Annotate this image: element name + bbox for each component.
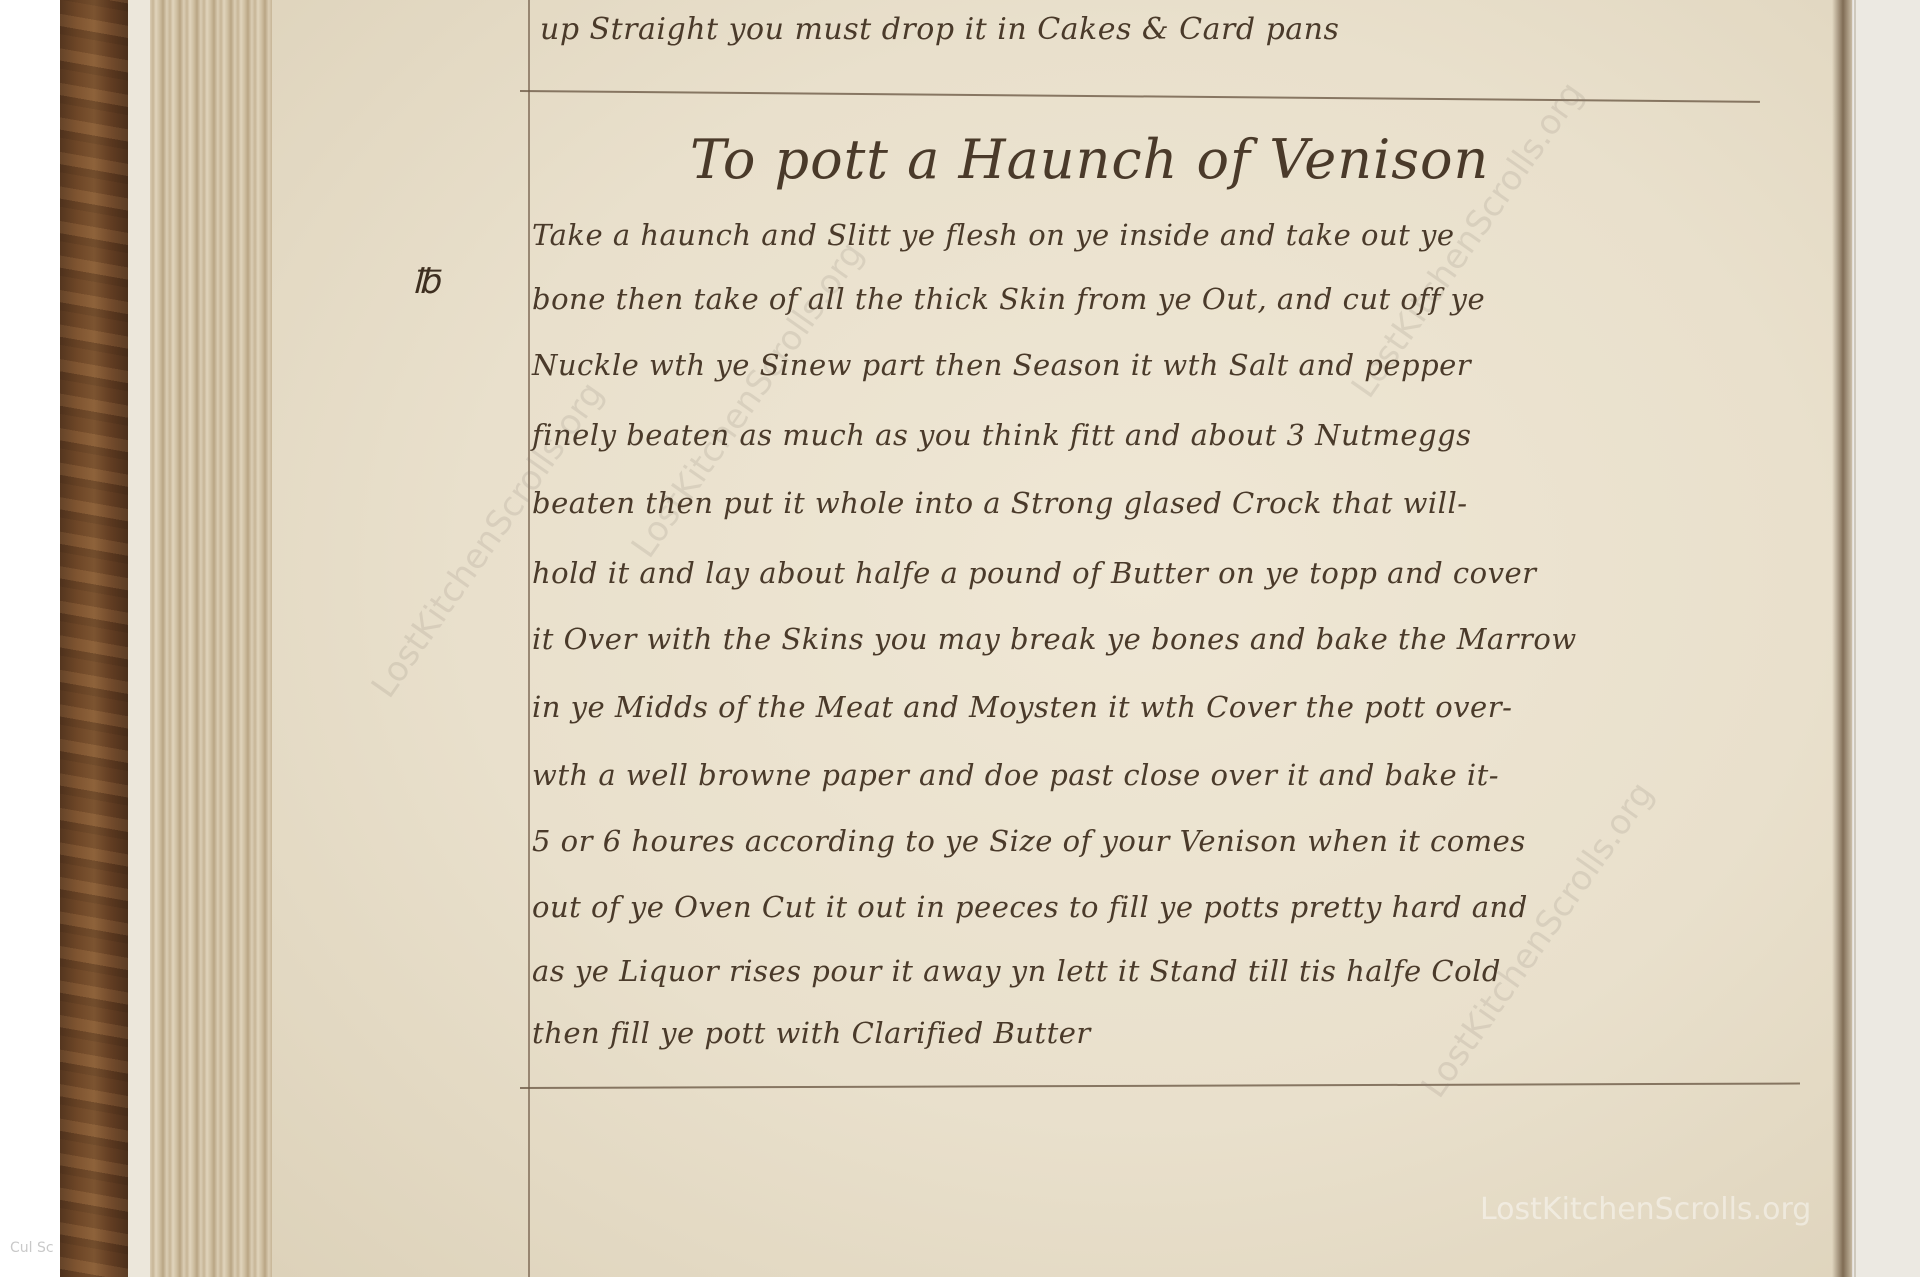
recipe-line: as ye Liquor rises pour it away yn lett … [532,954,1802,988]
margin-mark: ℔ [412,262,440,302]
recipe-line: it Over with the Skins you may break ye … [532,622,1802,656]
previous-recipe-tail: up Straight you must drop it in Cakes & … [540,12,1339,47]
recipe-line: then fill ye pott with Clarified Butter [532,1016,1802,1050]
book-scan: LostKitchenScrolls.org LostKitchenScroll… [0,0,1920,1277]
recipe-line: Take a haunch and Slitt ye flesh on ye i… [532,218,1802,252]
recipe-line: 5 or 6 houres according to ye Size of yo… [532,824,1802,858]
facing-page-edge [1854,0,1920,1277]
corner-logo: Cul Sc [10,1240,54,1256]
recipe-line: bone then take of all the thick Skin fro… [532,282,1802,316]
recipe-line: wth a well browne paper and doe past clo… [532,758,1802,792]
recipe-line: beaten then put it whole into a Strong g… [532,486,1802,520]
recipe-line: out of ye Oven Cut it out in peeces to f… [532,890,1802,924]
recipe-line: Nuckle wth ye Sinew part then Season it … [532,348,1802,382]
recipe-line: finely beaten as much as you think fitt … [532,418,1802,452]
recipe-title: To pott a Haunch of Venison [690,128,1489,191]
page-edge-stack [150,0,272,1277]
recipe-line: hold it and lay about halfe a pound of B… [532,556,1802,590]
leather-binding [60,0,128,1277]
margin-rule-line [528,0,530,1277]
endpaper-strip [128,0,150,1277]
recipe-line: in ye Midds of the Meat and Moysten it w… [532,690,1802,724]
watermark-corner: LostKitchenScrolls.org [1480,1192,1811,1227]
gutter-shadow [1832,0,1854,1277]
